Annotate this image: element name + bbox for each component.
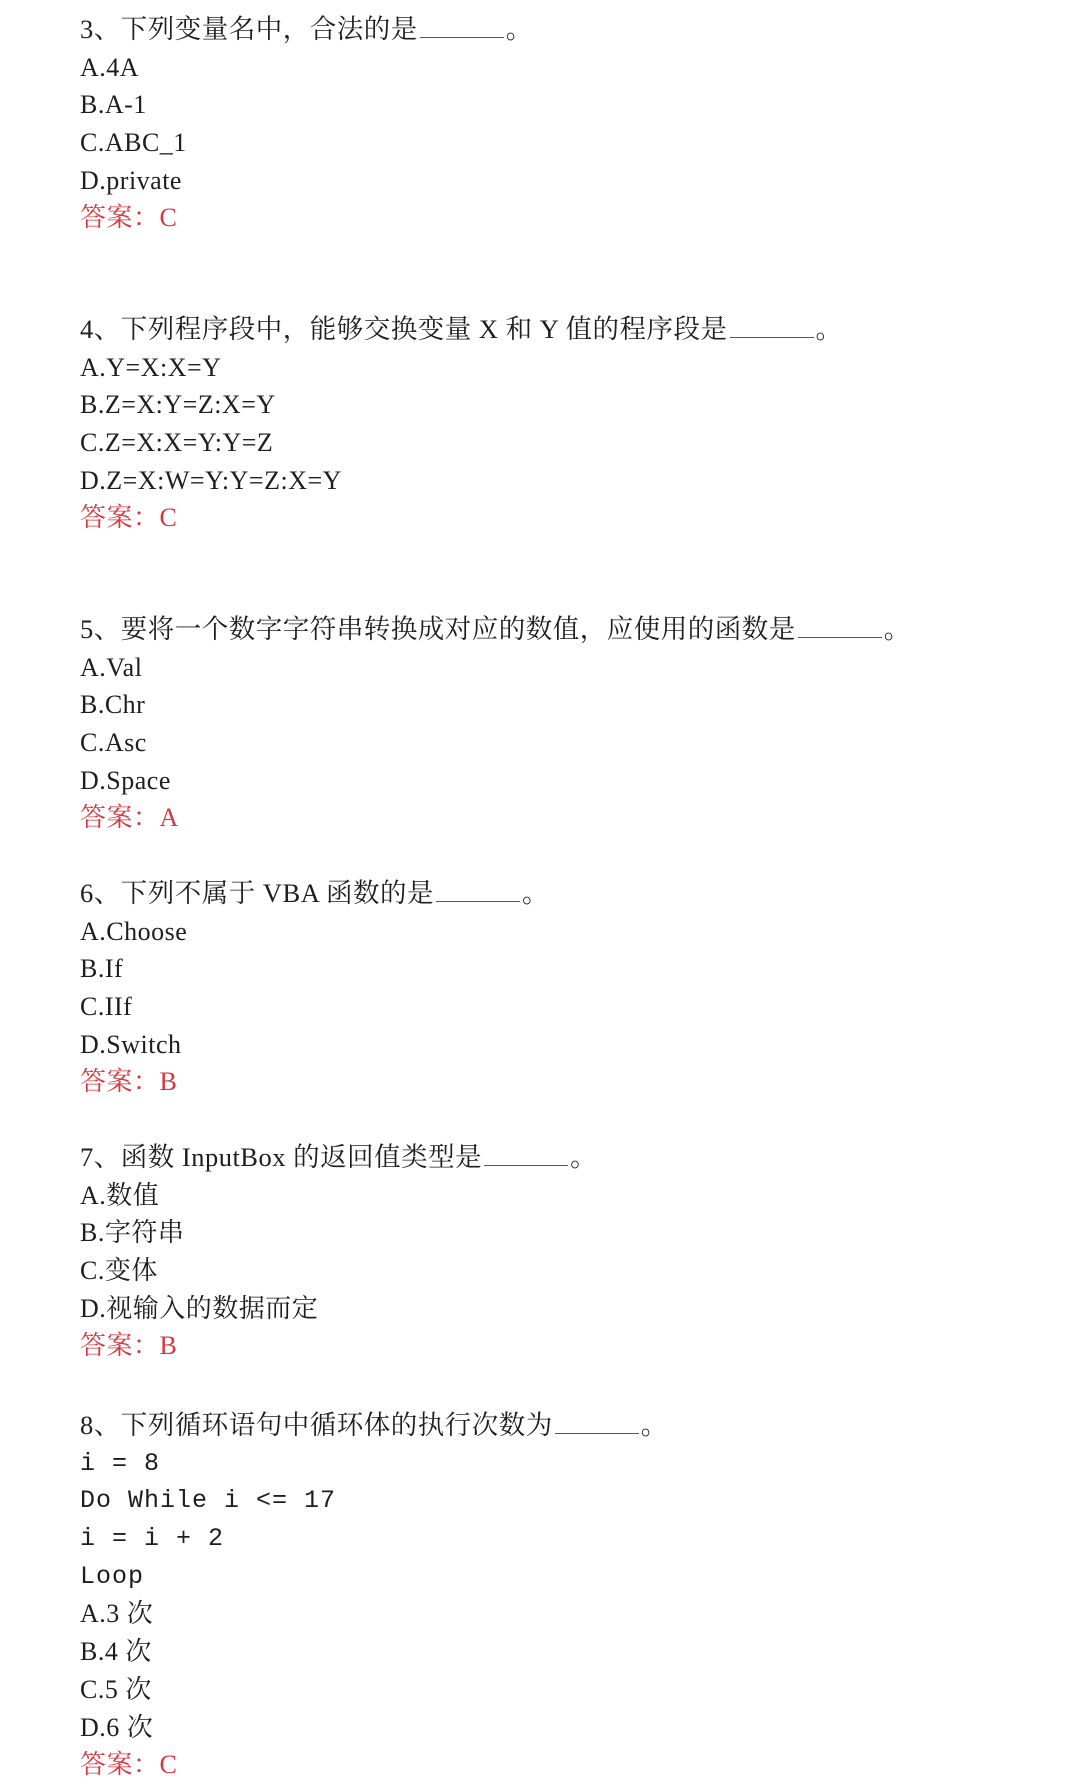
option-a: A.4A [80,49,1040,87]
option-d: D.Z=X:W=Y:Y=Z:X=Y [80,462,1040,500]
question-stem: 7、函数 InputBox 的返回值类型是。 [80,1139,1040,1177]
option-a: A.Val [80,649,1040,687]
stem-period: 。 [816,314,843,344]
answer-line: 答案：A [80,799,1040,837]
option-key: C. [80,728,105,757]
question-number: 5、 [80,614,121,644]
answer-blank [436,879,520,902]
option-key: B. [80,90,105,119]
option-c: C.5 次 [80,1671,1040,1709]
option-key: D. [80,1030,106,1059]
question-stem: 6、下列不属于 VBA 函数的是。 [80,875,1040,913]
option-text: Z=X:W=Y:Y=Z:X=Y [106,466,342,495]
option-text: 5 次 [105,1675,152,1704]
answer-value: B [160,1331,178,1360]
option-a: A.3 次 [80,1595,1040,1633]
question-number: 4、 [80,314,121,344]
answer-line: 答案：C [80,199,1040,237]
option-text: 视输入的数据而定 [106,1294,318,1323]
option-text: Switch [106,1030,181,1059]
code-line: Do While i <= 17 [80,1482,1040,1520]
option-text: Chr [105,690,146,719]
question-text: 函数 InputBox 的返回值类型是 [121,1142,482,1172]
option-text: 字符串 [105,1218,185,1247]
option-key: A. [80,1599,106,1628]
question-number: 7、 [80,1142,121,1172]
question-3: 3、下列变量名中，合法的是。 A.4A B.A-1 C.ABC_1 D.priv… [80,11,1040,237]
exam-page: 3、下列变量名中，合法的是。 A.4A B.A-1 C.ABC_1 D.priv… [0,0,1072,1791]
question-stem: 4、下列程序段中，能够交换变量 X 和 Y 值的程序段是。 [80,311,1040,349]
option-key: C. [80,1675,105,1704]
question-stem: 3、下列变量名中，合法的是。 [80,11,1040,49]
question-text: 下列不属于 VBA 函数的是 [121,878,434,908]
answer-blank [555,1411,639,1434]
option-key: C. [80,1256,105,1285]
option-text: 6 次 [106,1713,153,1742]
answer-value: C [160,503,178,532]
question-text: 下列变量名中，合法的是 [121,14,418,44]
option-text: Val [106,653,142,682]
question-text: 下列程序段中，能够交换变量 X 和 Y 值的程序段是 [121,314,728,344]
code-line: i = 8 [80,1445,1040,1483]
question-8: 8、下列循环语句中循环体的执行次数为。 i = 8 Do While i <= … [80,1407,1040,1784]
answer-label: 答案： [80,503,160,532]
answer-line: 答案：C [80,499,1040,537]
option-text: IIf [105,992,132,1021]
question-number: 3、 [80,14,121,44]
option-c: C.变体 [80,1252,1040,1290]
answer-blank [730,315,814,338]
option-text: A-1 [105,90,147,119]
option-key: C. [80,992,105,1021]
question-text: 要将一个数字字符串转换成对应的数值，应使用的函数是 [121,614,796,644]
option-a: A.数值 [80,1177,1040,1215]
answer-blank [484,1143,568,1166]
option-key: C. [80,428,105,457]
option-key: D. [80,1713,106,1742]
option-c: C.Z=X:X=Y:Y=Z [80,424,1040,462]
stem-period: 。 [506,14,533,44]
option-c: C.Asc [80,724,1040,762]
answer-label: 答案： [80,203,160,232]
option-text: ABC_1 [105,128,187,157]
option-text: Space [106,766,171,795]
answer-label: 答案： [80,803,160,832]
question-4: 4、下列程序段中，能够交换变量 X 和 Y 值的程序段是。 A.Y=X:X=Y … [80,311,1040,537]
option-d: D.Space [80,762,1040,800]
question-stem: 8、下列循环语句中循环体的执行次数为。 [80,1407,1040,1445]
option-d: D.视输入的数据而定 [80,1290,1040,1328]
option-a: A.Y=X:X=Y [80,349,1040,387]
option-key: B. [80,1218,105,1247]
option-text: private [106,166,182,195]
question-number: 6、 [80,878,121,908]
question-5: 5、要将一个数字字符串转换成对应的数值，应使用的函数是。 A.Val B.Chr… [80,611,1040,837]
stem-period: 。 [570,1142,597,1172]
option-c: C.IIf [80,988,1040,1026]
option-text: 数值 [106,1181,159,1210]
question-text: 下列循环语句中循环体的执行次数为 [121,1410,553,1440]
option-text: 4 次 [105,1637,152,1666]
option-d: D.6 次 [80,1709,1040,1747]
option-key: A. [80,653,106,682]
option-b: B.Chr [80,686,1040,724]
answer-label: 答案： [80,1067,160,1096]
answer-label: 答案： [80,1331,160,1360]
option-b: B.A-1 [80,86,1040,124]
answer-line: 答案：C [80,1746,1040,1784]
answer-value: B [160,1067,178,1096]
option-key: D. [80,166,106,195]
option-text: Choose [106,917,187,946]
option-key: A. [80,353,106,382]
question-number: 8、 [80,1410,121,1440]
option-text: Y=X:X=Y [106,353,221,382]
option-text: 4A [106,53,139,82]
option-key: A. [80,1181,106,1210]
option-key: D. [80,466,106,495]
answer-blank [798,615,882,638]
option-b: B.字符串 [80,1214,1040,1252]
option-key: B. [80,690,105,719]
option-d: D.Switch [80,1026,1040,1064]
option-key: D. [80,1294,106,1323]
option-key: D. [80,766,106,795]
option-key: A. [80,53,106,82]
option-text: If [105,954,123,983]
option-a: A.Choose [80,913,1040,951]
option-b: B.If [80,950,1040,988]
option-text: 变体 [105,1256,158,1285]
answer-blank [420,15,504,38]
option-key: B. [80,954,105,983]
option-text: Asc [105,728,147,757]
option-b: B.4 次 [80,1633,1040,1671]
option-text: Z=X:X=Y:Y=Z [105,428,273,457]
answer-line: 答案：B [80,1327,1040,1365]
code-line: Loop [80,1558,1040,1596]
option-d: D.private [80,162,1040,200]
stem-period: 。 [641,1410,668,1440]
option-key: B. [80,390,105,419]
answer-line: 答案：B [80,1063,1040,1101]
answer-value: C [160,1750,178,1779]
stem-period: 。 [522,878,549,908]
option-c: C.ABC_1 [80,124,1040,162]
code-line: i = i + 2 [80,1520,1040,1558]
answer-label: 答案： [80,1750,160,1779]
answer-value: C [160,203,178,232]
question-stem: 5、要将一个数字字符串转换成对应的数值，应使用的函数是。 [80,611,1040,649]
question-6: 6、下列不属于 VBA 函数的是。 A.Choose B.If C.IIf D.… [80,875,1040,1101]
option-key: C. [80,128,105,157]
answer-value: A [160,803,179,832]
option-text: 3 次 [106,1599,153,1628]
stem-period: 。 [884,614,911,644]
option-key: A. [80,917,106,946]
option-key: B. [80,1637,105,1666]
question-7: 7、函数 InputBox 的返回值类型是。 A.数值 B.字符串 C.变体 D… [80,1139,1040,1365]
option-text: Z=X:Y=Z:X=Y [105,390,276,419]
option-b: B.Z=X:Y=Z:X=Y [80,386,1040,424]
